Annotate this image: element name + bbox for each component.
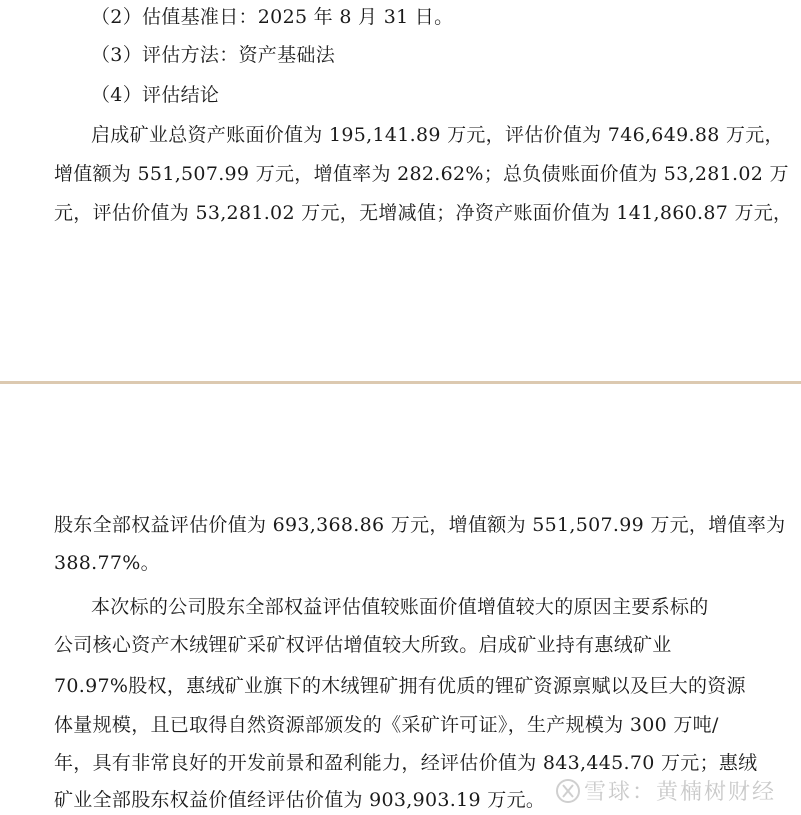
page-divider [0,381,801,384]
watermark: 雪球：黄楠树财经 [556,775,776,806]
paragraph-line: 本次标的公司股东全部权益评估值较账面价值增值较大的原因主要系标的 [91,595,791,619]
paragraph-line: 公司核心资产木绒锂矿采矿权评估增值较大所致。启成矿业持有惠绒矿业 [54,633,754,657]
paragraph-line: 70.97%股权，惠绒矿业旗下的木绒锂矿拥有优质的锂矿资源禀赋以及巨大的资源 [54,674,754,698]
valuation-method-item: （3）评估方法：资产基础法 [91,43,791,67]
valuation-date-item: （2）估值基准日：2025 年 8 月 31 日。 [91,5,791,29]
paragraph-line: 388.77%。 [54,551,754,575]
xueqiu-logo-icon [556,779,580,803]
paragraph-line: 年，具有非常良好的开发前景和盈利能力，经评估价值为 843,445.70 万元；… [54,751,754,775]
paragraph-line: 启成矿业总资产账面价值为 195,141.89 万元，评估价值为 746,649… [91,123,791,147]
paragraph-line: 元，评估价值为 53,281.02 万元，无增减值；净资产账面价值为 141,8… [54,201,754,225]
paragraph-line: 体量规模，且已取得自然资源部颁发的《采矿许可证》，生产规模为 300 万吨/ [54,713,754,737]
watermark-text: 雪球：黄楠树财经 [584,775,776,806]
paragraph-line: 股东全部权益评估价值为 693,368.86 万元，增值额为 551,507.9… [54,513,754,537]
valuation-conclusion-heading: （4）评估结论 [91,83,791,107]
paragraph-line: 增值额为 551,507.99 万元，增值率为 282.62%；总负债账面价值为… [54,162,754,186]
